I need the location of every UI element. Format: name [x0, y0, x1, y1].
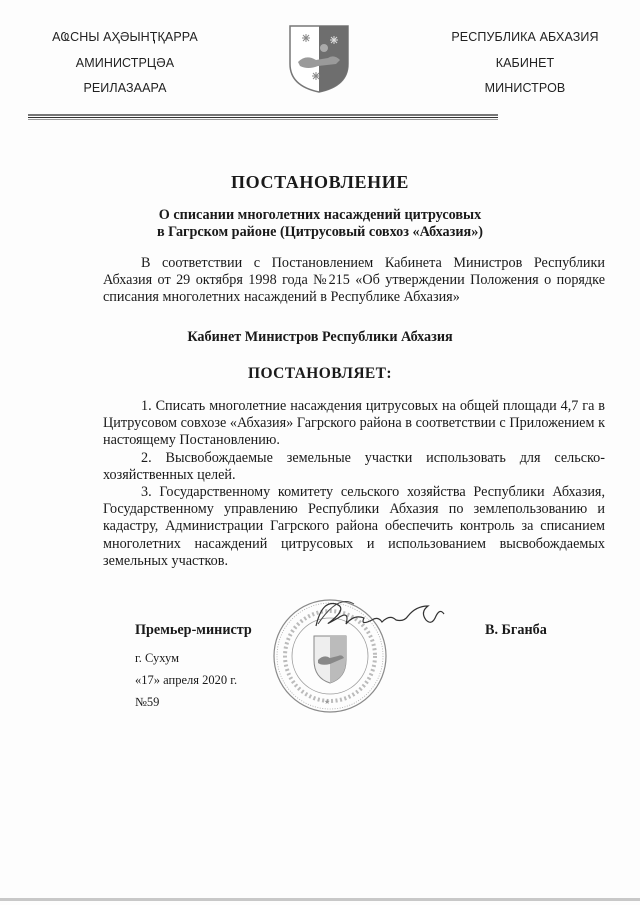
letterhead-right-line-2: КАБИНЕТ — [440, 56, 610, 82]
preamble: В соответствии с Постановлением Кабинета… — [103, 255, 605, 307]
issue-city: г. Сухум — [135, 651, 179, 666]
signature-mark — [308, 596, 468, 636]
issue-date: «17» апреля 2020 г. — [135, 673, 237, 688]
scan-edge-line — [0, 898, 640, 901]
signatory-title: Премьер-министр — [135, 622, 252, 639]
letterhead-right-line-3: МИНИСТРОВ — [440, 81, 610, 107]
letterhead-right-line-1: РЕСПУБЛИКА АБХАЗИЯ — [440, 30, 610, 56]
letterhead-left-line-1: АҨСНЫ АҲӘЫНҬҚАРРА — [40, 30, 210, 56]
signatory-name: В. Бганба — [485, 622, 547, 639]
coat-of-arms-icon — [288, 24, 350, 94]
decree-item-3: 3. Государственному комитету сельского х… — [103, 484, 605, 570]
decree-item-2: 2. Высвобождаемые земельные участки испо… — [103, 450, 605, 484]
svg-text:★: ★ — [324, 698, 330, 706]
subject-line-2: в Гагрском районе (Цитрусовый совхоз «Аб… — [0, 224, 640, 241]
letterhead-left: АҨСНЫ АҲӘЫНҬҚАРРА АМИНИСТРЦӘА РЕИЛАЗААРА — [40, 30, 210, 107]
letterhead-left-line-3: РЕИЛАЗААРА — [40, 81, 210, 107]
document-number: №59 — [135, 695, 159, 710]
subject-line-1: О списании многолетних насаждений цитрус… — [0, 207, 640, 224]
decree-item-1: 1. Списать многолетние насаждения цитрус… — [103, 398, 605, 450]
document-subject: О списании многолетних насаждений цитрус… — [0, 207, 640, 241]
decrees-heading: ПОСТАНОВЛЯЕТ: — [0, 365, 640, 383]
decree-items: 1. Списать многолетние насаждения цитрус… — [103, 398, 605, 570]
letterhead-right: РЕСПУБЛИКА АБХАЗИЯ КАБИНЕТ МИНИСТРОВ — [440, 30, 610, 107]
preamble-text: В соответствии с Постановлением Кабинета… — [103, 255, 605, 307]
document-type-title: ПОСТАНОВЛЕНИЕ — [0, 172, 640, 193]
letterhead-left-line-2: АМИНИСТРЦӘА — [40, 56, 210, 82]
issuer-heading: Кабинет Министров Республики Абхазия — [0, 329, 640, 346]
